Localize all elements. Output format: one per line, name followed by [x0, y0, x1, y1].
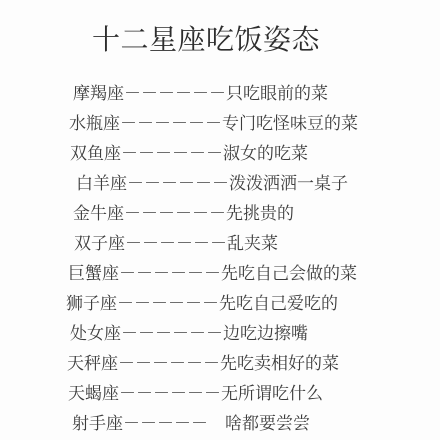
zodiac-sign: 处女座 [70, 324, 121, 343]
zodiac-sign: 金牛座 [73, 204, 124, 223]
zodiac-row-virgo: 处女座－－－－－－边吃边擦嘴 [0, 319, 440, 349]
zodiac-row-pisces: 双鱼座－－－－－－淑女的吃菜 [0, 139, 440, 169]
dash-separator: －－－－－－ [119, 384, 221, 403]
zodiac-sign: 狮子座 [66, 294, 117, 313]
zodiac-description: 啥都要尝尝 [225, 414, 310, 433]
zodiac-sign: 射手座 [72, 414, 123, 433]
zodiac-description: 先挑贵的 [226, 204, 294, 223]
zodiac-description: 先吃自己爱吃的 [219, 294, 338, 313]
zodiac-sign: 天蝎座 [68, 384, 119, 403]
zodiac-sign: 水瓶座 [69, 114, 120, 133]
dash-separator: －－－－－－ [121, 324, 223, 343]
zodiac-row-sagittarius: 射手座－－－－－ 啥都要尝尝 [0, 409, 440, 439]
dash-separator: －－－－－ [123, 414, 225, 433]
dash-separator: －－－－－－ [124, 84, 226, 103]
zodiac-row-scorpio: 天蝎座－－－－－－无所谓吃什么 [0, 379, 440, 409]
zodiac-row-libra: 天秤座－－－－－－先吃卖相好的菜 [0, 349, 440, 379]
zodiac-description: 先吃自己会做的菜 [221, 264, 357, 283]
zodiac-description: 边吃边擦嘴 [223, 324, 308, 343]
zodiac-row-gemini: 双子座－－－－－－乱夹菜 [0, 229, 440, 259]
dash-separator: －－－－－－ [120, 114, 222, 133]
dash-separator: －－－－－－ [121, 144, 223, 163]
zodiac-description: 泼泼洒洒一桌子 [229, 174, 348, 193]
zodiac-sign: 巨蟹座 [68, 264, 119, 283]
zodiac-sign: 双鱼座 [70, 144, 121, 163]
zodiac-eating-postures-page: 十二星座吃饭姿态 摩羯座－－－－－－只吃眼前的菜 水瓶座－－－－－－专门吃怪味豆… [0, 0, 440, 440]
zodiac-description: 乱夹菜 [227, 234, 278, 253]
dash-separator: －－－－－－ [117, 294, 219, 313]
zodiac-row-aries: 白羊座－－－－－－泼泼洒洒一桌子 [0, 169, 440, 199]
zodiac-sign: 白羊座 [76, 174, 127, 193]
zodiac-description: 专门吃怪味豆的菜 [222, 114, 358, 133]
dash-separator: －－－－－－ [127, 174, 229, 193]
dash-separator: －－－－－－ [118, 354, 220, 373]
zodiac-row-leo: 狮子座－－－－－－先吃自己爱吃的 [0, 289, 440, 319]
zodiac-sign: 摩羯座 [73, 84, 124, 103]
zodiac-row-taurus: 金牛座－－－－－－先挑贵的 [0, 199, 440, 229]
zodiac-description: 只吃眼前的菜 [226, 84, 328, 103]
dash-separator: －－－－－－ [125, 234, 227, 253]
zodiac-description: 先吃卖相好的菜 [220, 354, 339, 373]
zodiac-row-capricorn: 摩羯座－－－－－－只吃眼前的菜 [0, 79, 440, 109]
page-title: 十二星座吃饭姿态 [92, 25, 440, 57]
zodiac-sign: 天秤座 [67, 354, 118, 373]
zodiac-sign: 双子座 [74, 234, 125, 253]
zodiac-list: 摩羯座－－－－－－只吃眼前的菜 水瓶座－－－－－－专门吃怪味豆的菜 双鱼座－－－… [0, 79, 440, 439]
zodiac-description: 淑女的吃菜 [223, 144, 308, 163]
zodiac-row-cancer: 巨蟹座－－－－－－先吃自己会做的菜 [0, 259, 440, 289]
dash-separator: －－－－－－ [119, 264, 221, 283]
zodiac-row-aquarius: 水瓶座－－－－－－专门吃怪味豆的菜 [0, 109, 440, 139]
zodiac-description: 无所谓吃什么 [221, 384, 323, 403]
dash-separator: －－－－－－ [124, 204, 226, 223]
